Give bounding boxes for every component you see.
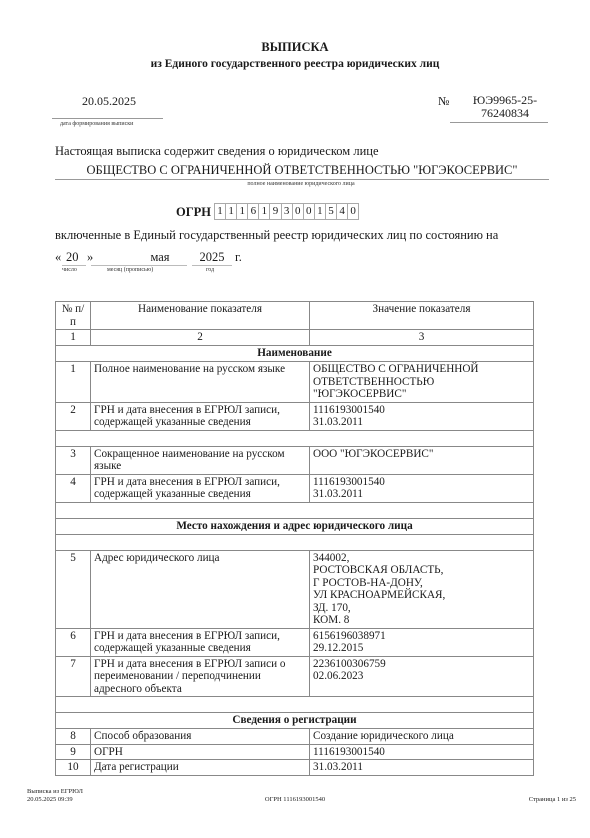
table-row: 5Адрес юридического лица344002, РОСТОВСК…: [56, 550, 534, 628]
row-number: 3: [56, 446, 91, 474]
document-subtitle: из Единого государственного реестра юрид…: [0, 58, 590, 70]
section-title: Место нахождения и адрес юридического ли…: [56, 518, 534, 534]
table-row: 7ГРН и дата внесения в ЕГРЮЛ записи о пе…: [56, 656, 534, 697]
blank-row: [56, 697, 534, 713]
number-underline: [450, 122, 548, 123]
month-caption: месяц (прописью): [107, 267, 153, 273]
row-number: 4: [56, 474, 91, 502]
row-value: 1116193001540: [310, 744, 534, 760]
day-caption: число: [62, 267, 77, 273]
state-year: 2025: [192, 250, 232, 265]
section-title: Наименование: [56, 346, 534, 362]
row-label: ГРН и дата внесения в ЕГРЮЛ записи, соде…: [91, 402, 310, 430]
blank-row: [56, 430, 534, 446]
table-row: 9ОГРН1116193001540: [56, 744, 534, 760]
row-number: 8: [56, 729, 91, 745]
state-date: « 20 » мая 2025 г. число месяц (прописью…: [55, 250, 305, 280]
open-quote: «: [55, 250, 61, 265]
page-counter: Страница 1 из 25: [529, 796, 576, 803]
date-underline: [52, 118, 163, 119]
section-title: Сведения о регистрации: [56, 713, 534, 729]
row-value: Создание юридического лица: [310, 729, 534, 745]
table-row: 6ГРН и дата внесения в ЕГРЮЛ записи, сод…: [56, 628, 534, 656]
ogrn-digit-boxes: 1116193001540: [214, 203, 358, 220]
column-number: 2: [91, 330, 310, 346]
footer-ogrn: ОГРН 1116193001540: [0, 796, 590, 803]
blank-row: [56, 534, 534, 550]
row-number: 2: [56, 402, 91, 430]
company-underline: [55, 179, 549, 180]
table-row: 2ГРН и дата внесения в ЕГРЮЛ записи, сод…: [56, 402, 534, 430]
table-header-row: № п/пНаименование показателяЗначение пок…: [56, 302, 534, 330]
row-number: 9: [56, 744, 91, 760]
month-underline: [91, 265, 187, 266]
row-value: 1116193001540 31.03.2011: [310, 474, 534, 502]
row-label: ГРН и дата внесения в ЕГРЮЛ записи, соде…: [91, 628, 310, 656]
year-suffix: г.: [235, 250, 242, 265]
row-number: 7: [56, 656, 91, 697]
row-label: ГРН и дата внесения в ЕГРЮЛ записи, соде…: [91, 474, 310, 502]
header-indicator: Наименование показателя: [91, 302, 310, 330]
number-sign: №: [438, 94, 449, 109]
year-underline: [192, 265, 232, 266]
row-number: 10: [56, 760, 91, 776]
column-number: 3: [310, 330, 534, 346]
close-quote: »: [87, 250, 93, 265]
blank-cell: [56, 430, 534, 446]
row-number: 1: [56, 362, 91, 403]
section-header-row: Наименование: [56, 346, 534, 362]
extract-number: ЮЭ9965-25-76240834: [450, 94, 560, 120]
table-row: 10Дата регистрации31.03.2011: [56, 760, 534, 776]
row-label: Полное наименование на русском языке: [91, 362, 310, 403]
table-column-number-row: 123: [56, 330, 534, 346]
table-row: 3Сокращенное наименование на русском язы…: [56, 446, 534, 474]
ogrn-label: ОГРН: [176, 205, 211, 220]
row-label: Адрес юридического лица: [91, 550, 310, 628]
date-caption: дата формирования выписки: [60, 121, 133, 127]
row-value: 344002, РОСТОВСКАЯ ОБЛАСТЬ, Г РОСТОВ-НА-…: [310, 550, 534, 628]
blank-cell: [56, 534, 534, 550]
company-caption: полное наименование юридического лица: [0, 181, 590, 187]
column-number: 1: [56, 330, 91, 346]
blank-cell: [56, 697, 534, 713]
state-day: 20: [66, 250, 79, 265]
row-label: Сокращенное наименование на русском язык…: [91, 446, 310, 474]
document-title: ВЫПИСКА: [0, 40, 590, 55]
row-number: 6: [56, 628, 91, 656]
table-row: 1Полное наименование на русском языкеОБЩ…: [56, 362, 534, 403]
row-value: ОБЩЕСТВО С ОГРАНИЧЕННОЙ ОТВЕТСТВЕННОСТЬЮ…: [310, 362, 534, 403]
section-header-row: Сведения о регистрации: [56, 713, 534, 729]
row-label: Способ образования: [91, 729, 310, 745]
year-caption: год: [206, 267, 214, 273]
company-full-name: ОБЩЕСТВО С ОГРАНИЧЕННОЙ ОТВЕТСТВЕННОСТЬЮ…: [55, 163, 549, 178]
state-month: мая: [130, 250, 190, 265]
header-value: Значение показателя: [310, 302, 534, 330]
blank-cell: [56, 502, 534, 518]
section-header-row: Место нахождения и адрес юридического ли…: [56, 518, 534, 534]
footer-doc-name: Выписка из ЕГРЮЛ: [27, 788, 83, 796]
included-text: включенные в Единый государственный реес…: [55, 228, 498, 243]
intro-text: Настоящая выписка содержит сведения о юр…: [55, 144, 379, 159]
row-value: 1116193001540 31.03.2011: [310, 402, 534, 430]
egrul-table: № п/пНаименование показателяЗначение пок…: [55, 301, 534, 776]
table-row: 8Способ образованияСоздание юридического…: [56, 729, 534, 745]
row-label: ОГРН: [91, 744, 310, 760]
header-number: № п/п: [56, 302, 91, 330]
ogrn-digit: 0: [347, 203, 359, 220]
day-underline: [62, 265, 86, 266]
row-number: 5: [56, 550, 91, 628]
row-label: ГРН и дата внесения в ЕГРЮЛ записи о пер…: [91, 656, 310, 697]
row-value: 2236100306759 02.06.2023: [310, 656, 534, 697]
row-label: Дата регистрации: [91, 760, 310, 776]
row-value: 31.03.2011: [310, 760, 534, 776]
table-row: 4ГРН и дата внесения в ЕГРЮЛ записи, сод…: [56, 474, 534, 502]
row-value: 6156196038971 29.12.2015: [310, 628, 534, 656]
blank-row: [56, 502, 534, 518]
row-value: ООО "ЮГЭКОСЕРВИС": [310, 446, 534, 474]
extract-date: 20.05.2025: [82, 94, 136, 109]
